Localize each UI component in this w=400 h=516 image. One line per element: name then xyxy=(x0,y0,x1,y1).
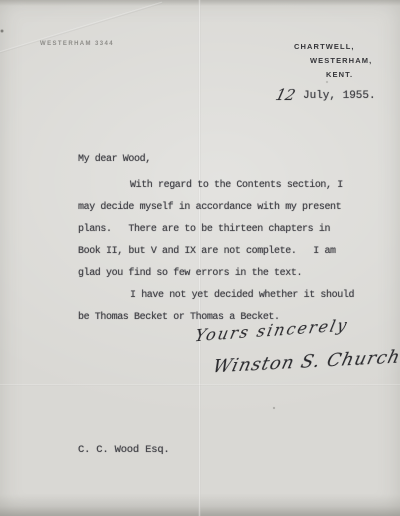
address-line: WESTERHAM, xyxy=(310,54,372,68)
date-typed: July, 1955. xyxy=(303,90,376,102)
letter-body: My dear Wood, With regard to the Content… xyxy=(78,149,368,329)
salutation: My dear Wood, xyxy=(78,149,368,171)
letterhead-address: CHARTWELL, WESTERHAM, KENT. xyxy=(294,40,372,82)
letter-page: WESTERHAM 3344 CHARTWELL, WESTERHAM, KEN… xyxy=(0,0,400,516)
address-line: CHARTWELL, xyxy=(294,40,372,54)
signature-name: Winston S. Churchill xyxy=(211,345,400,377)
body-line: may decide myself in accordance with my … xyxy=(78,197,368,219)
body-line: Book II, but V and IX are not complete. … xyxy=(78,241,368,263)
body-line: With regard to the Contents section, I xyxy=(78,175,368,197)
body-line: glad you find so few errors in the text. xyxy=(78,263,368,285)
diagonal-corner-crease xyxy=(0,2,162,57)
horizontal-fold-crease xyxy=(0,384,400,386)
recipient-line: C. C. Wood Esq. xyxy=(78,444,170,456)
date-day-handwritten: 12 xyxy=(274,86,298,104)
address-line: KENT. xyxy=(326,68,372,82)
body-line: plans. There are to be thirteen chapters… xyxy=(78,219,368,241)
letterhead-phone: WESTERHAM 3344 xyxy=(40,41,114,47)
body-line: I have not yet decided whether it should xyxy=(78,285,368,307)
